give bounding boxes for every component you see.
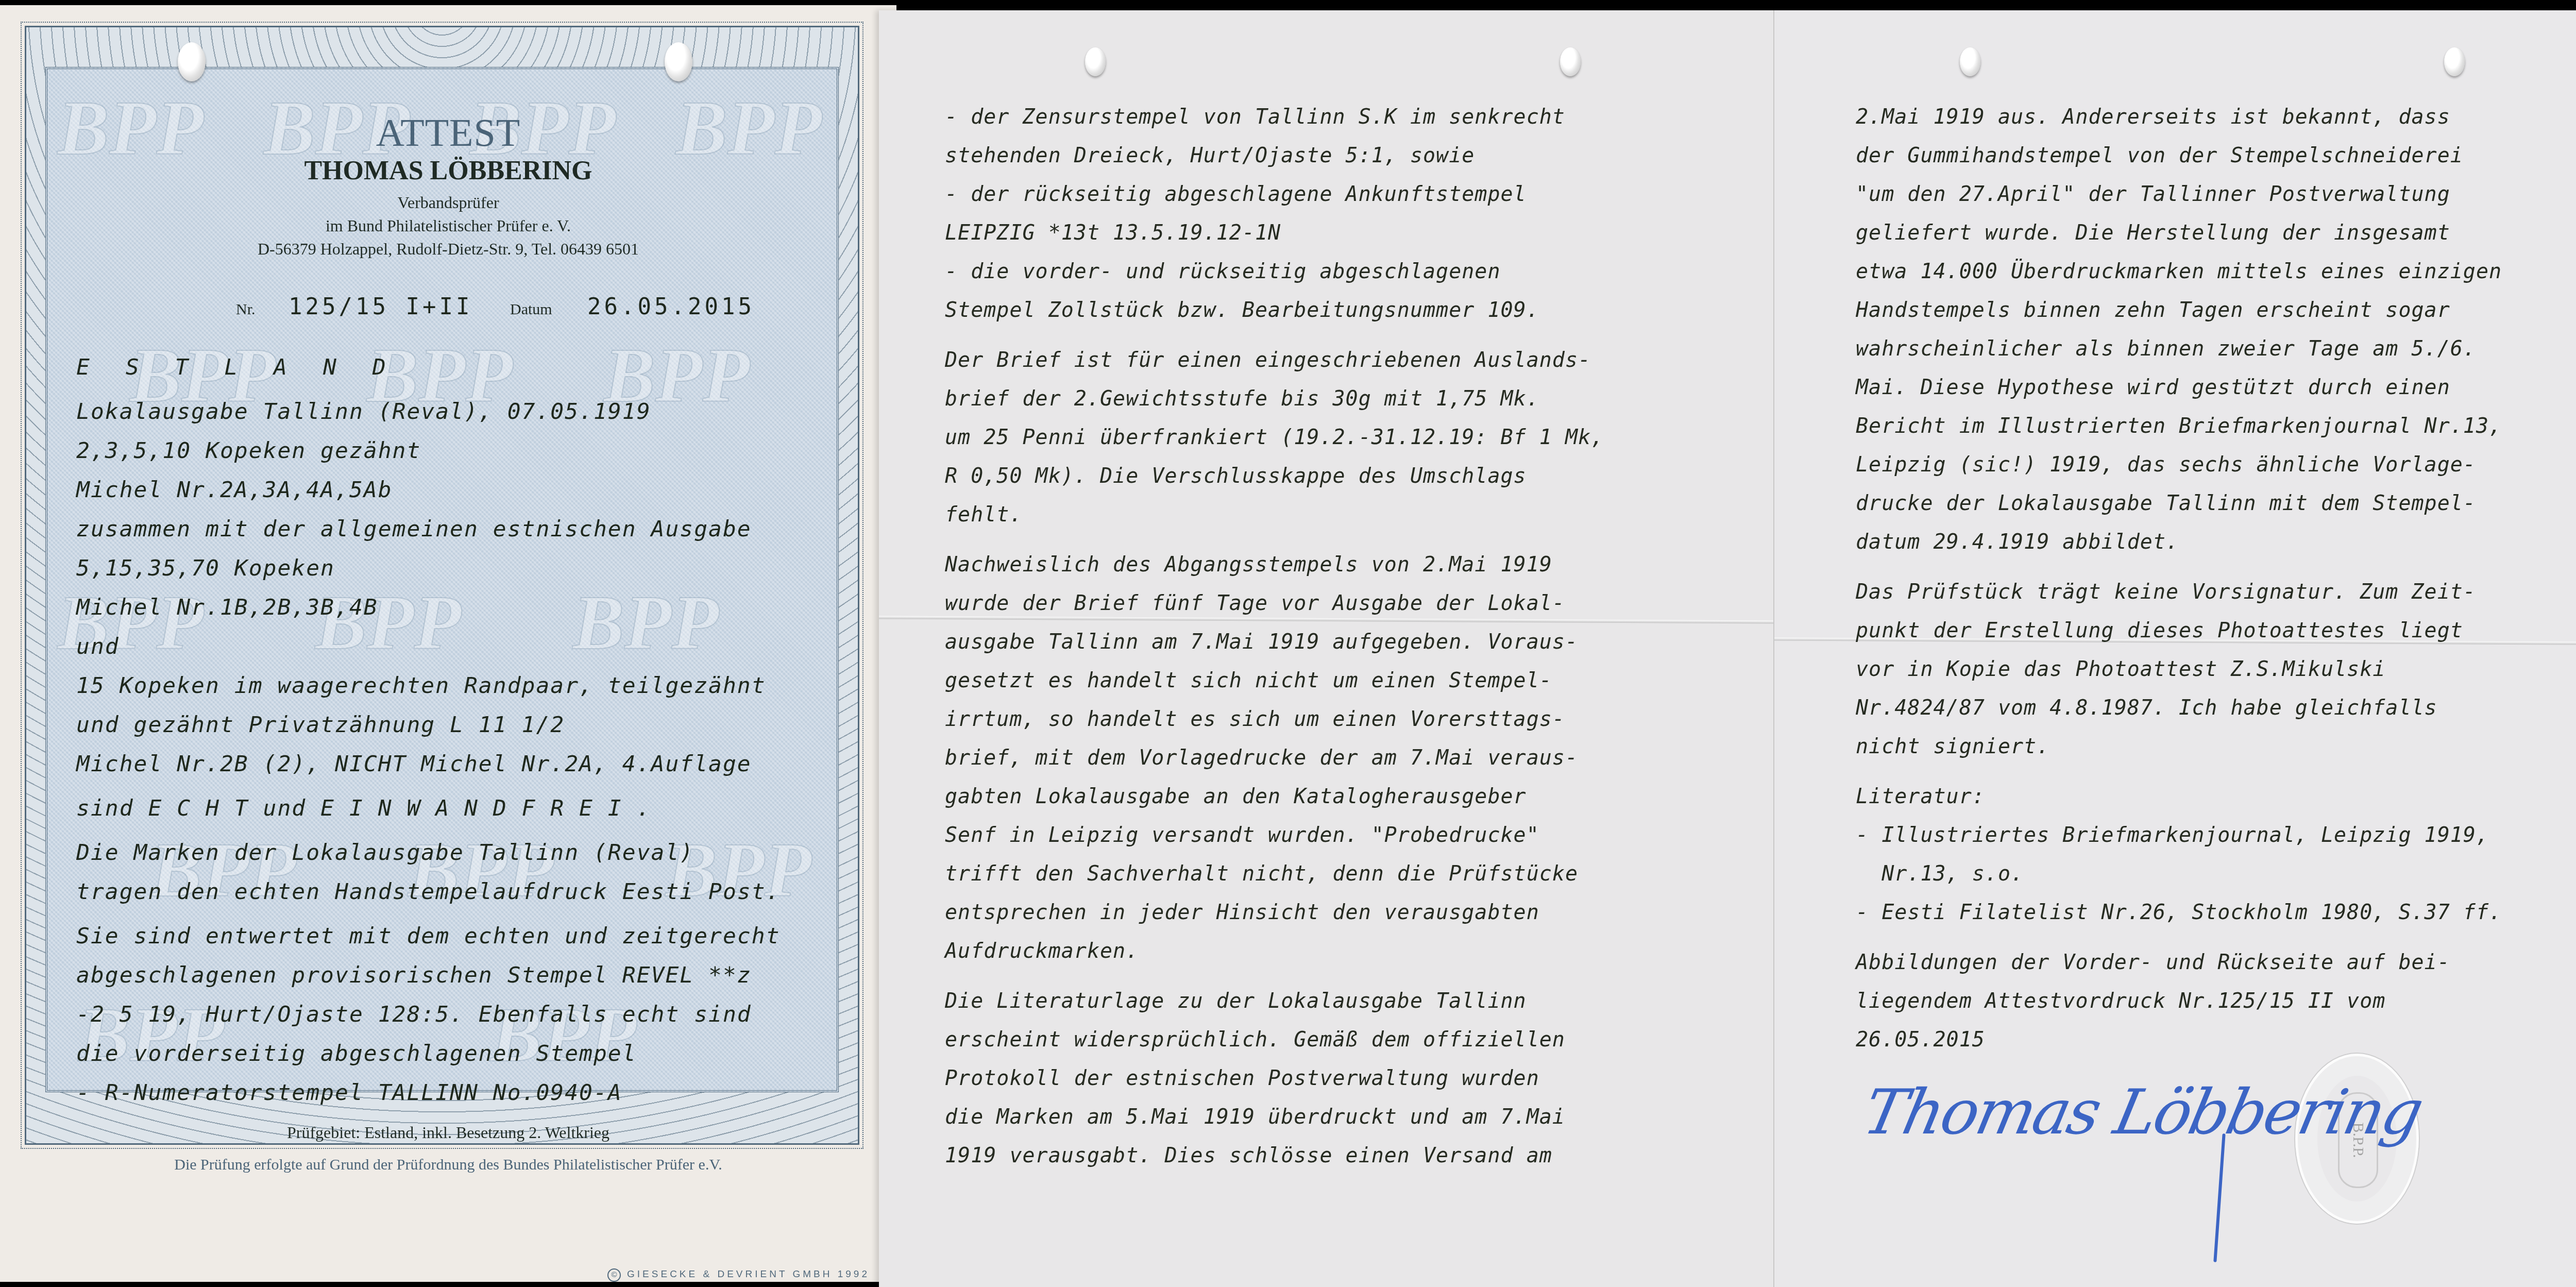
- text-line: Abbildungen der Vorder- und Rückseite au…: [1856, 943, 2502, 982]
- text-line: Die Literaturlage zu der Lokalausgabe Ta…: [945, 982, 1604, 1021]
- text-line: "um den 27.April" der Tallinner Postverw…: [1856, 175, 2502, 214]
- certificate-number-row: Nr. 125/15 I+II Datum 26.05.2015: [0, 294, 896, 325]
- punch-hole: [1085, 47, 1106, 76]
- certificate-date: 26.05.2015: [587, 294, 755, 320]
- text-line: der Gummihandstempel von der Stempelschn…: [1856, 137, 2502, 175]
- attest-line: Michel Nr.1B,2B,3B,4B: [76, 588, 828, 627]
- text-line: nicht signiert.: [1856, 727, 2502, 766]
- text-line: LEIPZIG *13t 13.5.19.12-1N: [945, 214, 1604, 252]
- attest-line: zusammen mit der allgemeinen estnischen …: [76, 510, 828, 549]
- attest-line: - R-Numeratorstempel TALLINN No.0940-A: [76, 1073, 828, 1112]
- text-line: geliefert wurde. Die Herstellung der ins…: [1856, 214, 2502, 252]
- attest-line: 2,3,5,10 Kopeken gezähnt: [76, 431, 828, 470]
- copyright-icon: ©: [607, 1268, 621, 1282]
- examiner-name: THOMAS LÖBBERING: [0, 156, 896, 186]
- text-line: liegendem Attestvordruck Nr.125/15 II vo…: [1856, 982, 2502, 1021]
- verdict-line: sind E C H T und E I N W A N D F R E I .: [76, 789, 828, 828]
- text-line: Aufdruckmarken.: [945, 932, 1604, 971]
- country-heading: E S T L A N D: [76, 348, 828, 387]
- text-line: entsprechen in jeder Hinsicht den veraus…: [945, 893, 1604, 932]
- literature-list: Literatur: - Illustriertes Briefmarkenjo…: [1856, 777, 2502, 932]
- attest-line: 15 Kopeken im waagerechten Randpaar, tei…: [76, 666, 828, 705]
- text-line: fehlt.: [945, 496, 1604, 534]
- text-line: Der Brief ist für einen eingeschriebenen…: [945, 341, 1604, 380]
- punch-hole: [1960, 47, 1980, 76]
- text-line: datum 29.4.1919 abbildet.: [1856, 523, 2502, 562]
- text-line: Stempel Zollstück bzw. Bearbeitungsnumme…: [945, 291, 1604, 330]
- attest-line: Sie sind entwertet mit dem echten und ze…: [76, 917, 828, 956]
- attest-body: E S T L A N D Lokalausgabe Tallinn (Reva…: [76, 348, 828, 1112]
- handwritten-signature: Thomas Löbbering: [1857, 1077, 2428, 1148]
- text-line: Nr.4824/87 vom 4.8.1987. Ich habe gleich…: [1856, 689, 2502, 727]
- attest-line: 5,15,35,70 Kopeken: [76, 549, 828, 588]
- literature-item: - Eesti Filatelist Nr.26, Stockholm 1980…: [1856, 893, 2502, 932]
- text-line: 26.05.2015: [1856, 1021, 2502, 1059]
- attest-line: Michel Nr.2A,3A,4A,5Ab: [76, 470, 828, 510]
- document-title: ATTEST: [0, 111, 896, 156]
- text-line: Mai. Diese Hypothese wird gestützt durch…: [1856, 368, 2502, 407]
- text-line: Protokoll der estnischen Postverwaltung …: [945, 1059, 1604, 1098]
- examiner-address: D-56379 Holzappel, Rudolf-Dietz-Str. 9, …: [0, 240, 896, 259]
- continuation-page-2: - der Zensurstempel von Tallinn S.K im s…: [879, 10, 1773, 1287]
- text-line: vor in Kopie das Photoattest Z.S.Mikulsk…: [1856, 650, 2502, 689]
- text-line: Bericht im Illustrierten Briefmarkenjour…: [1856, 407, 2502, 446]
- text-line: Senf in Leipzig versandt wurden. "Probed…: [945, 816, 1604, 855]
- text-line: Leipzig (sic!) 1919, das sechs ähnliche …: [1856, 446, 2502, 484]
- text-line: brief, mit dem Vorlagedrucke der am 7.Ma…: [945, 739, 1604, 777]
- paragraph: 2.Mai 1919 aus. Andererseits ist bekannt…: [1856, 98, 2502, 562]
- printer-credit-text: GIESECKE & DEVRIENT GMBH 1992: [627, 1269, 870, 1280]
- text-line: ausgabe Tallinn am 7.Mai 1919 aufgegeben…: [945, 623, 1604, 662]
- text-line: 2.Mai 1919 aus. Andererseits ist bekannt…: [1856, 98, 2502, 137]
- text-line: Nachweislich des Abgangsstempels von 2.M…: [945, 546, 1604, 584]
- text-line: erscheint widersprüchlich. Gemäß dem off…: [945, 1021, 1604, 1059]
- text-line: die Marken am 5.Mai 1919 überdruckt und …: [945, 1098, 1604, 1137]
- punch-hole: [665, 42, 692, 81]
- text-line: trifft den Sachverhalt nicht, denn die P…: [945, 855, 1604, 893]
- attest-line: die vorderseitig abgeschlagenen Stempel: [76, 1034, 828, 1073]
- text-line: irrtum, so handelt es sich um einen Vore…: [945, 700, 1604, 739]
- text-line: drucke der Lokalausgabe Tallinn mit dem …: [1856, 484, 2502, 523]
- text-line: - die vorder- und rückseitig abgeschlage…: [945, 252, 1604, 291]
- attest-line: Michel Nr.2B (2), NICHT Michel Nr.2A, 4.…: [76, 744, 828, 784]
- attest-certificate-page: BPP BPP BPP BPP BPP BPP BPP BPP BPP BPP …: [0, 5, 896, 1282]
- text-line: um 25 Penni überfrankiert (19.2.-31.12.1…: [945, 418, 1604, 457]
- attest-line: und gezähnt Privatzähnung L 11 1/2: [76, 705, 828, 744]
- attest-line: -2 5 19, Hurt/Ojaste 128:5. Ebenfalls ec…: [76, 995, 828, 1034]
- association-name: im Bund Philatelistischer Prüfer e. V.: [0, 216, 896, 235]
- attest-line: abgeschlagenen provisorischen Stempel RE…: [76, 956, 828, 995]
- examination-scope: Prüfgebiet: Estland, inkl. Besetzung 2. …: [0, 1123, 896, 1142]
- printer-credit: ©GIESECKE & DEVRIENT GMBH 1992: [607, 1268, 870, 1282]
- attest-line: tragen den echten Handstempelaufdruck Ee…: [76, 872, 828, 911]
- text-line: - der rückseitig abgeschlagene Ankunftst…: [945, 175, 1604, 214]
- literature-item: - Illustriertes Briefmarkenjournal, Leip…: [1856, 816, 2502, 855]
- paragraph: Die Literaturlage zu der Lokalausgabe Ta…: [945, 982, 1604, 1175]
- page3-text: 2.Mai 1919 aus. Andererseits ist bekannt…: [1856, 98, 2502, 1059]
- text-line: gesetzt es handelt sich nicht um einen S…: [945, 662, 1604, 700]
- punch-hole: [2444, 47, 2465, 76]
- datum-label: Datum: [510, 301, 552, 318]
- paragraph: Das Prüfstück trägt keine Vorsignatur. Z…: [1856, 573, 2502, 766]
- punch-hole: [178, 42, 206, 81]
- examination-regulation-note: Die Prüfung erfolgte auf Grund der Prüfo…: [0, 1156, 896, 1174]
- examiner-role: Verbandsprüfer: [0, 193, 896, 212]
- punch-hole: [1560, 47, 1581, 76]
- text-line: punkt der Erstellung dieses Photoatteste…: [1856, 612, 2502, 650]
- text-line: gabten Lokalausgabe an den Katalogheraus…: [945, 777, 1604, 816]
- text-line: brief der 2.Gewichtsstufe bis 30g mit 1,…: [945, 380, 1604, 418]
- text-line: wahrscheinlicher als binnen zweier Tage …: [1856, 330, 2502, 368]
- paragraph: Der Brief ist für einen eingeschriebenen…: [945, 341, 1604, 534]
- attest-line: Die Marken der Lokalausgabe Tallinn (Rev…: [76, 833, 828, 872]
- text-line: - der Zensurstempel von Tallinn S.K im s…: [945, 98, 1604, 137]
- nr-label: Nr.: [236, 301, 256, 318]
- text-line: etwa 14.000 Überdruckmarken mittels eine…: [1856, 252, 2502, 291]
- text-line: wurde der Brief fünf Tage vor Ausgabe de…: [945, 584, 1604, 623]
- paragraph: - der Zensurstempel von Tallinn S.K im s…: [945, 98, 1604, 330]
- text-line: R 0,50 Mk). Die Verschlusskappe des Umsc…: [945, 457, 1604, 496]
- text-line: 1919 verausgabt. Dies schlösse einen Ver…: [945, 1137, 1604, 1175]
- literature-heading: Literatur:: [1856, 777, 2502, 816]
- paragraph: Abbildungen der Vorder- und Rückseite au…: [1856, 943, 2502, 1059]
- text-line: stehenden Dreieck, Hurt/Ojaste 5:1, sowi…: [945, 137, 1604, 175]
- attest-line: und: [76, 627, 828, 666]
- literature-item: Nr.13, s.o.: [1856, 855, 2502, 893]
- paragraph: Nachweislich des Abgangsstempels von 2.M…: [945, 546, 1604, 971]
- certificate-number: 125/15 I+II: [289, 294, 472, 320]
- page2-text: - der Zensurstempel von Tallinn S.K im s…: [945, 98, 1604, 1175]
- attest-line: Lokalausgabe Tallinn (Reval), 07.05.1919: [76, 392, 828, 431]
- text-line: Das Prüfstück trägt keine Vorsignatur. Z…: [1856, 573, 2502, 612]
- text-line: Handstempels binnen zehn Tagen erscheint…: [1856, 291, 2502, 330]
